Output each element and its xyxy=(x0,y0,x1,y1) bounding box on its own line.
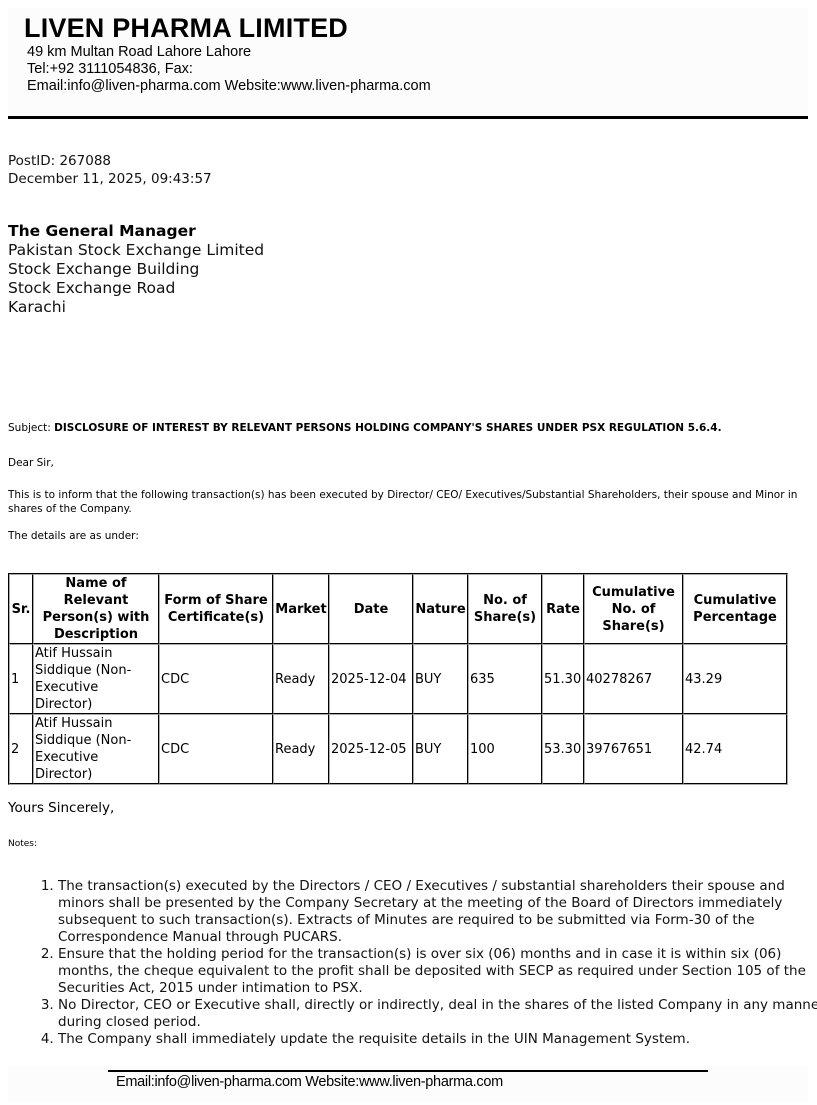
cell-date: 2025-12-05 xyxy=(329,714,413,784)
cell-cum-shares: 40278267 xyxy=(584,644,683,714)
letter-footer: Email:info@liven-pharma.com Website:www.… xyxy=(8,1066,808,1102)
col-header-sr: Sr. xyxy=(9,574,33,644)
cell-rate: 53.30 xyxy=(542,714,584,784)
cell-cum-pct: 43.29 xyxy=(683,644,787,714)
company-name: LIVEN PHARMA LIMITED xyxy=(24,13,348,44)
addressee-line: Pakistan Stock Exchange Limited xyxy=(8,241,264,259)
cell-name: Atif Hussain Siddique (Non-Executive Dir… xyxy=(33,644,159,714)
note-item: Ensure that the holding period for the t… xyxy=(58,946,817,997)
cell-rate: 51.30 xyxy=(542,644,584,714)
cell-shares: 100 xyxy=(468,714,542,784)
col-header-name: Name of Relevant Person(s) with Descript… xyxy=(33,574,159,644)
cell-sr: 1 xyxy=(9,644,33,714)
col-header-form: Form of Share Certificate(s) xyxy=(159,574,273,644)
subject-line: Subject: DISCLOSURE OF INTEREST BY RELEV… xyxy=(8,422,722,434)
post-datetime: December 11, 2025, 09:43:57 xyxy=(8,171,212,187)
note-item: The transaction(s) executed by the Direc… xyxy=(58,878,817,946)
cell-nature: BUY xyxy=(413,644,468,714)
col-header-cum-shares: Cumulative No. of Share(s) xyxy=(584,574,683,644)
col-header-market: Market xyxy=(273,574,329,644)
cell-date: 2025-12-04 xyxy=(329,644,413,714)
col-header-nature: Nature xyxy=(413,574,468,644)
subject-label: Subject: xyxy=(8,422,54,434)
cell-nature: BUY xyxy=(413,714,468,784)
addressee-line: Stock Exchange Building xyxy=(8,260,199,278)
closing: Yours Sincerely, xyxy=(8,800,114,816)
cell-name: Atif Hussain Siddique (Non-Executive Dir… xyxy=(33,714,159,784)
letterhead: LIVEN PHARMA LIMITED 49 km Multan Road L… xyxy=(8,8,808,116)
addressee-title: The General Manager xyxy=(8,222,196,240)
col-header-cum-pct: Cumulative Percentage xyxy=(683,574,787,644)
notes-label: Notes: xyxy=(8,839,37,849)
cell-market: Ready xyxy=(273,644,329,714)
post-id: PostID: 267088 xyxy=(8,153,111,169)
footer-divider xyxy=(108,1070,708,1072)
cell-shares: 635 xyxy=(468,644,542,714)
cell-cum-shares: 39767651 xyxy=(584,714,683,784)
table-row: 1 Atif Hussain Siddique (Non-Executive D… xyxy=(9,644,787,714)
addressee-line: Stock Exchange Road xyxy=(8,279,175,297)
company-phone-fax: Tel:+92 3111054836, Fax: xyxy=(27,61,193,77)
details-intro: The details are as under: xyxy=(8,530,139,542)
addressee-line: Karachi xyxy=(8,298,66,316)
note-item: No Director, CEO or Executive shall, dir… xyxy=(58,997,817,1031)
subject-text: DISCLOSURE OF INTEREST BY RELEVANT PERSO… xyxy=(54,422,721,434)
col-header-date: Date xyxy=(329,574,413,644)
company-address: 49 km Multan Road Lahore Lahore xyxy=(27,44,251,60)
intro-paragraph: This is to inform that the following tra… xyxy=(8,488,798,516)
cell-form: CDC xyxy=(159,714,273,784)
cell-sr: 2 xyxy=(9,714,33,784)
col-header-shares: No. of Share(s) xyxy=(468,574,542,644)
company-email-website: Email:info@liven-pharma.com Website:www.… xyxy=(27,78,431,94)
transactions-table: Sr. Name of Relevant Person(s) with Desc… xyxy=(8,573,788,785)
salutation: Dear Sir, xyxy=(8,457,54,469)
note-item: The Company shall immediately update the… xyxy=(58,1031,817,1048)
cell-cum-pct: 42.74 xyxy=(683,714,787,784)
header-divider xyxy=(8,116,808,119)
table-row: 2 Atif Hussain Siddique (Non-Executive D… xyxy=(9,714,787,784)
footer-email-website: Email:info@liven-pharma.com Website:www.… xyxy=(116,1074,503,1090)
notes-list: The transaction(s) executed by the Direc… xyxy=(8,878,817,1048)
cell-market: Ready xyxy=(273,714,329,784)
table-header-row: Sr. Name of Relevant Person(s) with Desc… xyxy=(9,574,787,644)
col-header-rate: Rate xyxy=(542,574,584,644)
cell-form: CDC xyxy=(159,644,273,714)
